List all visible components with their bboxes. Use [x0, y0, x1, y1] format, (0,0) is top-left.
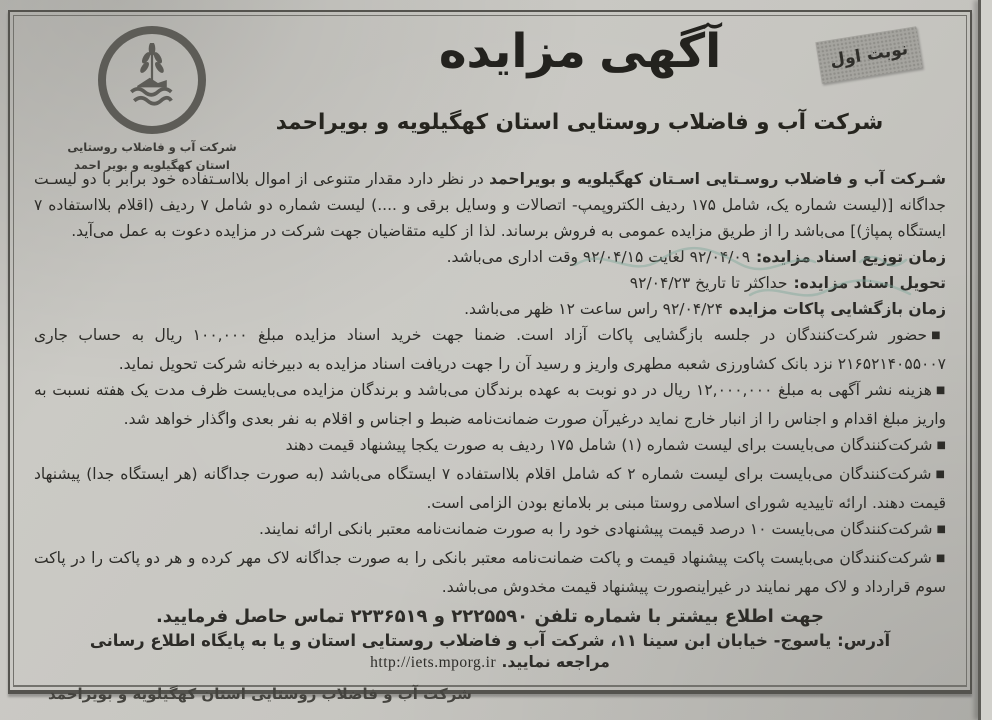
schedule-label: زمان توزیع اسناد مزایده: [756, 248, 946, 266]
notice-bullet: ■هزینه نشر آگهی به مبلغ ۱۲,۰۰۰,۰۰۰ ریال … [34, 377, 946, 432]
ad-content: شرکت آب و فاضلاب روستایی استان کهگیلویه … [14, 16, 966, 686]
bullet-text: هزینه نشر آگهی به مبلغ ۱۲,۰۰۰,۰۰۰ ریال د… [34, 381, 946, 428]
square-bullet-icon: ■ [936, 553, 946, 564]
intro-paragraph: شـرکت آب و فاضلاب روسـتایی اسـتان کهگیلو… [34, 166, 946, 244]
company-logo-caption: شرکت آب و فاضلاب روستایی استان کهگیلویه … [64, 139, 240, 175]
intro-company-name: شـرکت آب و فاضلاب روسـتایی اسـتان کهگیلو… [489, 170, 946, 188]
website-url: http://iets.mporg.ir [370, 654, 496, 671]
ad-masthead: شرکت آب و فاضلاب روستایی استان کهگیلویه … [34, 16, 946, 166]
ad-body-text: شـرکت آب و فاضلاب روسـتایی اسـتان کهگیلو… [34, 166, 946, 600]
schedule-line-distribution: زمان توزیع اسناد مزایده:۹۲/۰۴/۰۹ لغایت ۹… [34, 244, 946, 270]
schedule-value: ۹۲/۰۴/۲۴ راس ساعت ۱۲ ظهر می‌باشد. [464, 300, 723, 318]
schedule-value: حداکثر تا تاریخ ۹۲/۰۴/۲۳ [630, 274, 788, 292]
address-line: آدرس: یاسوج- خیابان ابن سینا ۱۱، شرکت آب… [34, 631, 946, 650]
ad-border-frame: شرکت آب و فاضلاب روستایی استان کهگیلویه … [8, 10, 972, 694]
website-url-suffix: مراجعه نمایید. [502, 653, 610, 671]
website-line: http://iets.mporg.ir مراجعه نمایید. [34, 653, 946, 672]
logo-caption-line1: شرکت آب و فاضلاب روستایی [64, 139, 240, 157]
notice-bullet: ■شرکت‌کنندگان می‌بایست پاکت پیشنهاد قیمت… [34, 545, 946, 600]
schedule-line-opening: زمان بازگشایی پاکات مزایده۹۲/۰۴/۲۴ راس س… [34, 296, 946, 322]
scan-right-edge [981, 0, 992, 720]
notice-bullet: ■شرکت‌کنندگان می‌بایست ۱۰ درصد قیمت پیشن… [34, 516, 946, 545]
logo-caption-line2: استان کهگیلویه و بویر احمد [64, 157, 240, 175]
bullet-text: شرکت‌کنندگان می‌بایست برای لیست شماره (۱… [286, 436, 933, 454]
square-bullet-icon: ■ [936, 469, 947, 480]
company-logo [98, 26, 206, 134]
schedule-label: زمان بازگشایی پاکات مزایده [729, 300, 946, 318]
ad-title: آگهی مزایده [344, 24, 776, 79]
edition-badge: نوبت اول [815, 26, 922, 83]
schedule-value: ۹۲/۰۴/۰۹ لغایت ۹۲/۰۴/۱۵ وقت اداری می‌باش… [447, 248, 750, 266]
square-bullet-icon: ■ [936, 385, 946, 396]
bullet-text: شرکت‌کنندگان می‌بایست پاکت پیشنهاد قیمت … [34, 549, 946, 596]
schedule-line-delivery: تحویل اسناد مزایده:حداکثر تا تاریخ ۹۲/۰۴… [34, 270, 946, 296]
notice-bullet: ■شرکت‌کنندگان می‌بایست برای لیست شماره (… [34, 432, 946, 461]
square-bullet-icon: ■ [937, 440, 946, 451]
signature-company-name: شرکت آب و فاضلاب روستایی استان کهگیلویه … [34, 672, 946, 703]
company-logo-block: شرکت آب و فاضلاب روستایی استان کهگیلویه … [64, 26, 240, 175]
contact-phone-line: جهت اطلاع بیشتر با شماره تلفن ۲۲۲۵۵۹۰ و … [34, 606, 946, 627]
square-bullet-icon: ■ [937, 524, 946, 535]
square-bullet-icon: ■ [931, 330, 946, 341]
wheat-water-emblem-icon [115, 43, 189, 117]
schedule-label: تحویل اسناد مزایده: [794, 274, 947, 292]
bullet-text: حضور شرکت‌کنندگان در جلسه بازگشایی پاکات… [34, 326, 946, 373]
notice-bullet: ■حضور شرکت‌کنندگان در جلسه بازگشایی پاکا… [34, 322, 946, 377]
company-name-heading: شرکت آب و فاضلاب روستایی استان کهگیلویه … [219, 110, 940, 135]
notice-bullet: ■شرکت‌کنندگان می‌بایست برای لیست شماره ۲… [34, 461, 946, 516]
bullet-text: شرکت‌کنندگان می‌بایست برای لیست شماره ۲ … [34, 465, 946, 512]
bullet-text: شرکت‌کنندگان می‌بایست ۱۰ درصد قیمت پیشنه… [259, 520, 933, 538]
